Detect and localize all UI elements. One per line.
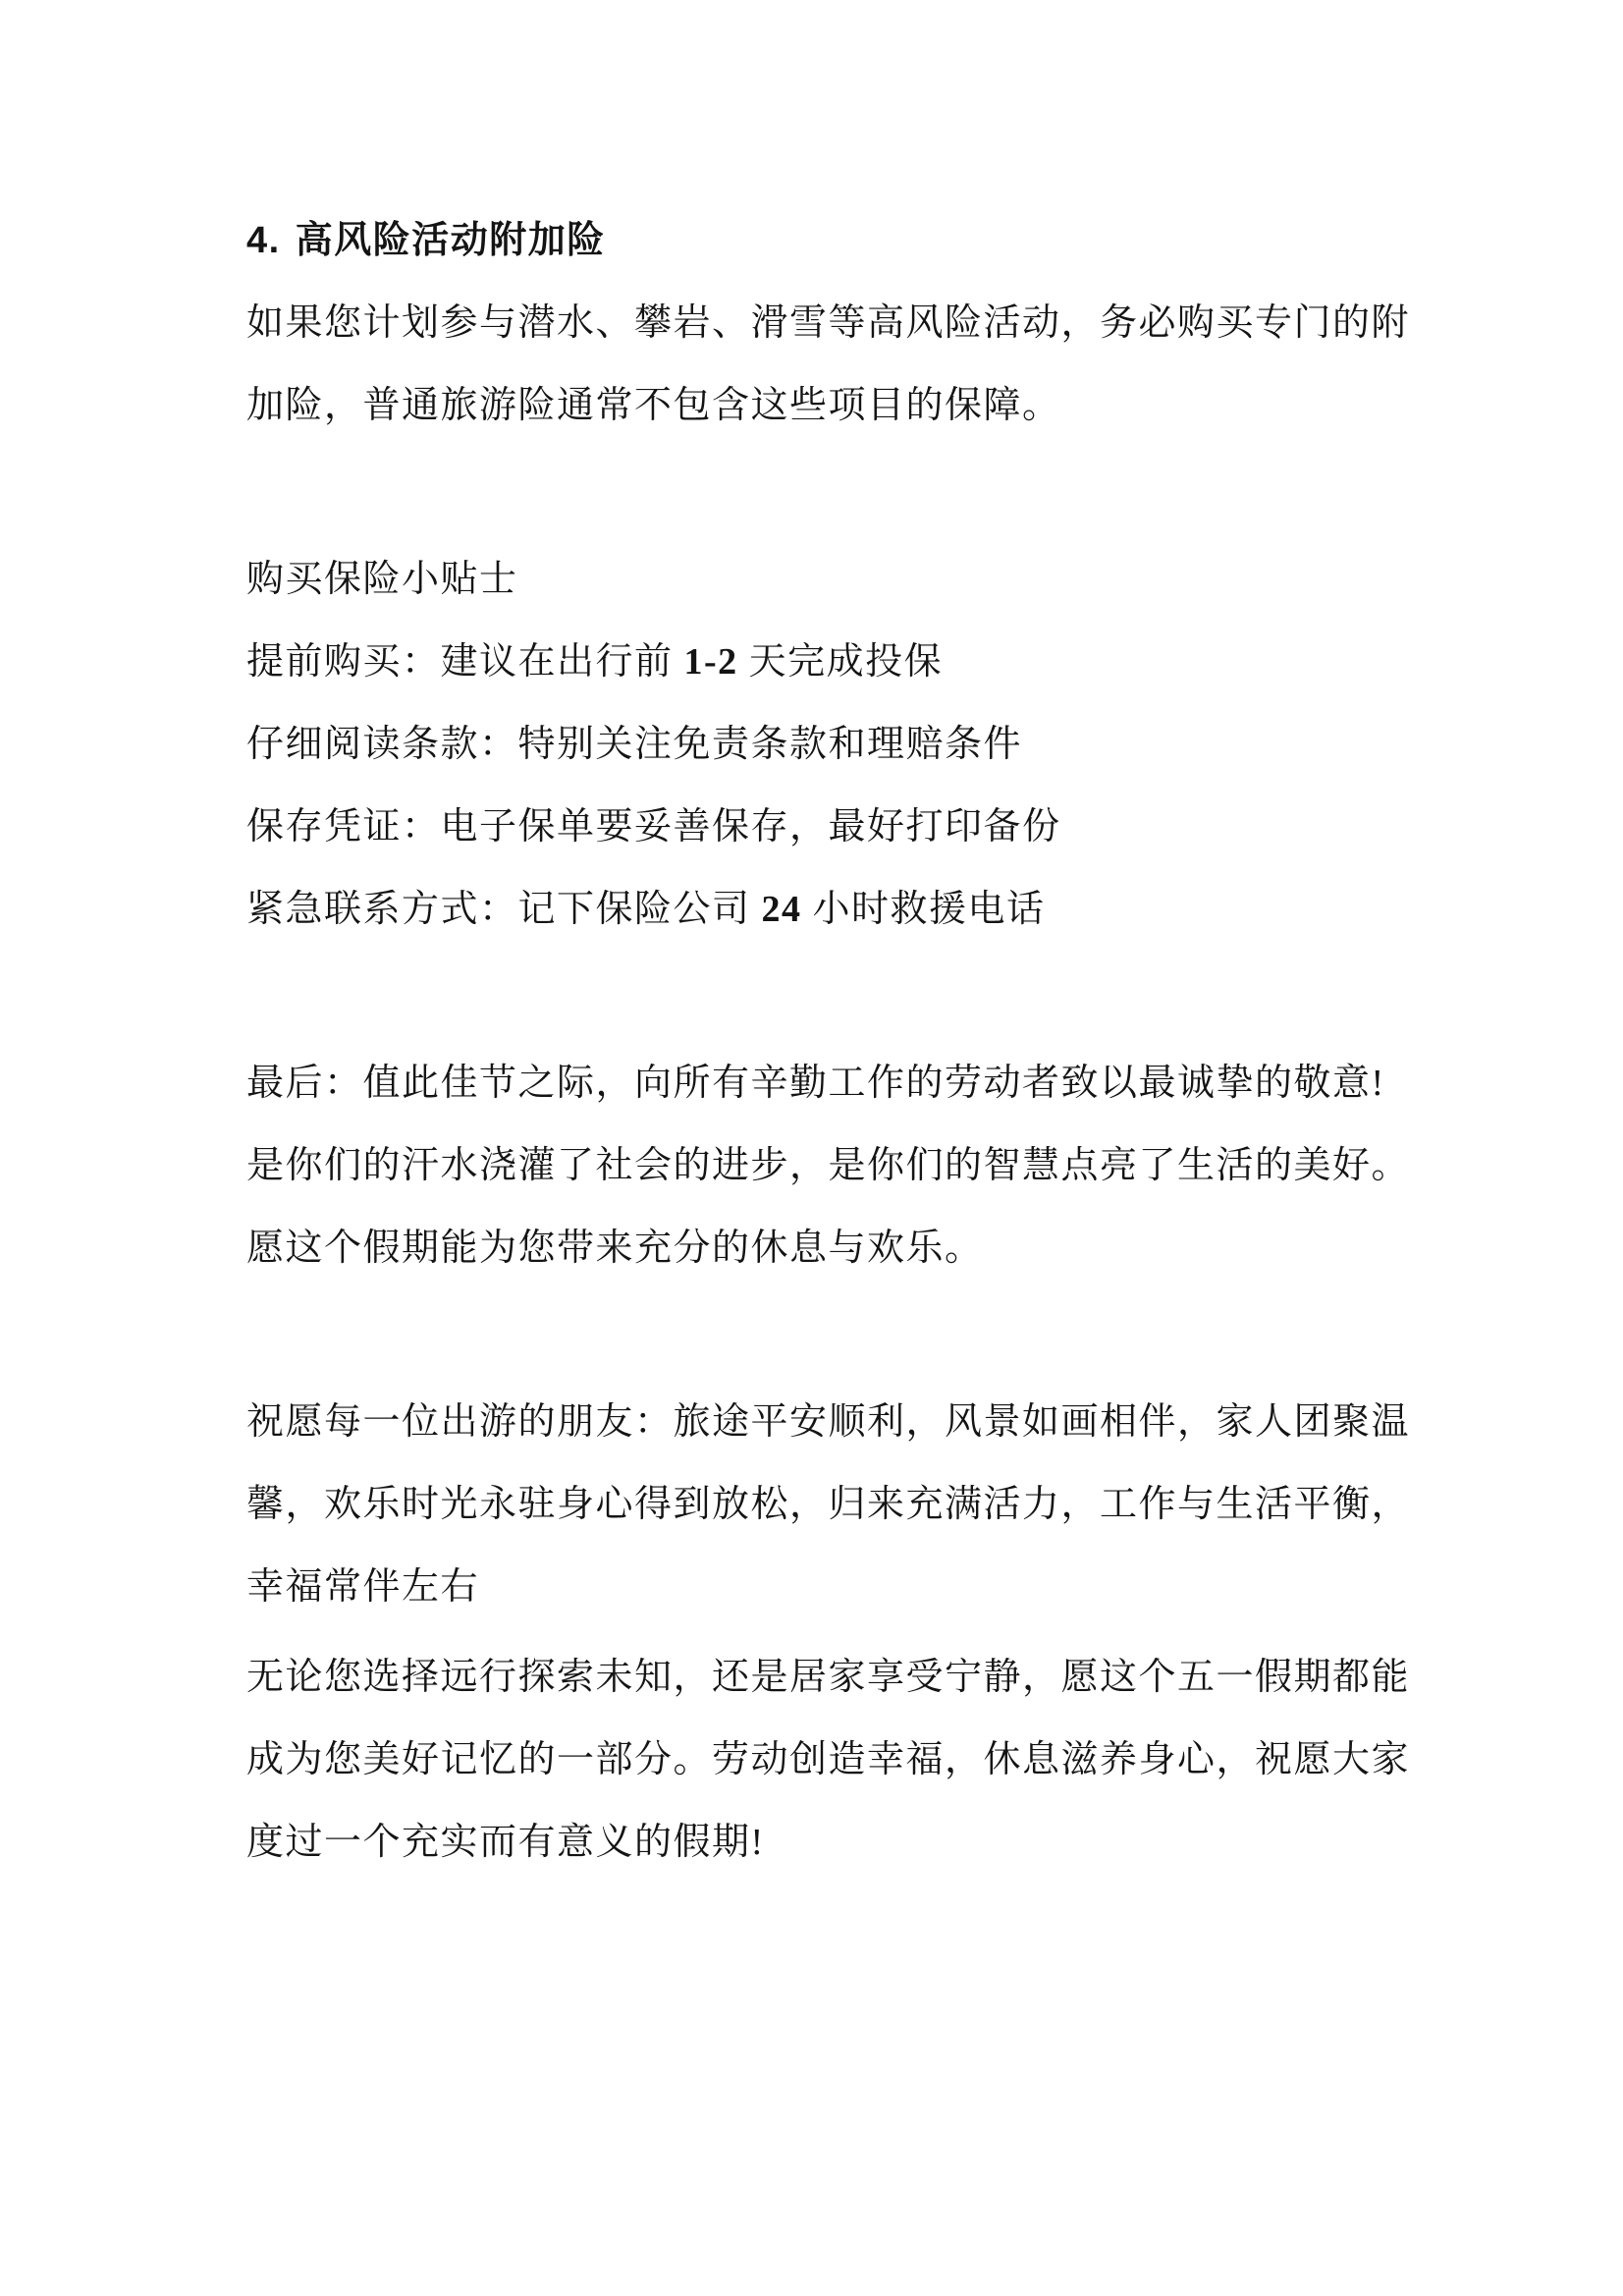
paragraph-final-line-2: 成为您美好记忆的一部分。劳动创造幸福，休息滋养身心，祝愿大家 — [246, 1719, 1400, 1801]
tip-advance-purchase-bold: 1-2 — [684, 641, 738, 683]
paragraph-wishes-line-1: 祝愿每一位出游的朋友：旅途平安顺利，风景如画相伴，家人团聚温 — [246, 1381, 1400, 1463]
heading-number: 4. — [246, 220, 281, 261]
paragraph-high-risk-line-1: 如果您计划参与潜水、攀岩、滑雪等高风险活动，务必购买专门的附 — [246, 282, 1400, 364]
paragraph-tribute-line-3: 愿这个假期能为您带来充分的休息与欢乐。 — [246, 1207, 1400, 1289]
paragraph-final-line-3: 度过一个充实而有意义的假期! — [246, 1801, 1400, 1884]
paragraph-wishes: 祝愿每一位出游的朋友：旅途平安顺利，风景如画相伴，家人团聚温 馨，欢乐时光永驻身… — [246, 1381, 1400, 1628]
section-heading: 4.高风险活动附加险 — [246, 199, 1400, 282]
tip-emergency-contact-text: 紧急联系方式：记下保险公司 — [246, 889, 762, 930]
paragraph-tribute-line-2: 是你们的汗水浇灌了社会的进步，是你们的智慧点亮了生活的美好。 — [246, 1124, 1400, 1207]
tips-title: 购买保险小贴士 — [246, 538, 1400, 621]
tip-read-terms-text: 仔细阅读条款：特别关注免责条款和理赔条件 — [246, 724, 1022, 765]
heading-title: 高风险活动附加险 — [296, 220, 606, 261]
document-content: 4.高风险活动附加险 如果您计划参与潜水、攀岩、滑雪等高风险活动，务必购买专门的… — [246, 0, 1400, 1884]
tip-advance-purchase-text: 提前购买：建议在出行前 — [246, 641, 684, 683]
tip-read-terms: 仔细阅读条款：特别关注免责条款和理赔条件 — [246, 703, 1400, 786]
tip-save-proof: 保存凭证：电子保单要妥善保存，最好打印备份 — [246, 786, 1400, 868]
paragraph-final-line-1: 无论您选择远行探索未知，还是居家享受宁静，愿这个五一假期都能 — [246, 1636, 1400, 1719]
paragraph-wishes-line-2: 馨，欢乐时光永驻身心得到放松，归来充满活力，工作与生活平衡， — [246, 1463, 1400, 1546]
tip-emergency-contact-suffix: 小时救援电话 — [802, 889, 1046, 930]
paragraph-tribute-line-1: 最后：值此佳节之际，向所有辛勤工作的劳动者致以最诚挚的敬意! — [246, 1042, 1400, 1124]
paragraph-final: 无论您选择远行探索未知，还是居家享受宁静，愿这个五一假期都能 成为您美好记忆的一… — [246, 1636, 1400, 1884]
document-page: 4.高风险活动附加险 如果您计划参与潜水、攀岩、滑雪等高风险活动，务必购买专门的… — [0, 0, 1623, 2296]
paragraph-high-risk: 如果您计划参与潜水、攀岩、滑雪等高风险活动，务必购买专门的附 加险，普通旅游险通… — [246, 282, 1400, 447]
paragraph-wishes-line-3: 幸福常伴左右 — [246, 1546, 1400, 1628]
tip-emergency-contact-bold: 24 — [762, 889, 802, 930]
tip-save-proof-text: 保存凭证：电子保单要妥善保存，最好打印备份 — [246, 806, 1061, 847]
tip-advance-purchase-suffix: 天完成投保 — [738, 641, 944, 683]
tip-advance-purchase: 提前购买：建议在出行前 1-2 天完成投保 — [246, 621, 1400, 703]
paragraph-tribute: 最后：值此佳节之际，向所有辛勤工作的劳动者致以最诚挚的敬意! 是你们的汗水浇灌了… — [246, 1042, 1400, 1289]
tip-emergency-contact: 紧急联系方式：记下保险公司 24 小时救援电话 — [246, 868, 1400, 951]
paragraph-high-risk-line-2: 加险，普通旅游险通常不包含这些项目的保障。 — [246, 364, 1400, 447]
